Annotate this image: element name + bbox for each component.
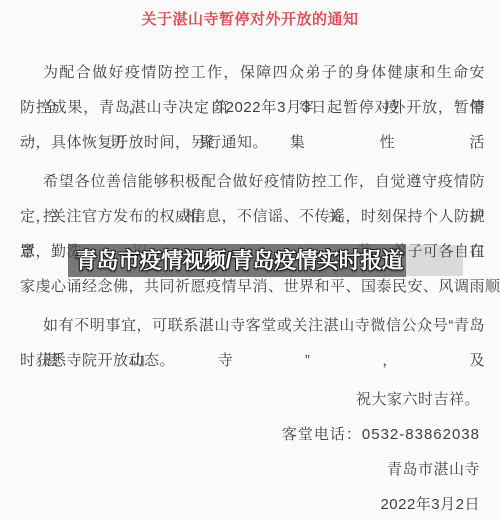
text-fragment-left: 罩，勤洗 [20, 243, 82, 260]
notice-page: 关于湛山寺暂停对外开放的通知 为配合做好疫情防控工作，保障四众弟子的身体健康和生… [0, 0, 500, 519]
text-fragment-right: 弟子可各自在 [392, 234, 485, 269]
phone-line: 客堂电话：0532-83862038 [20, 417, 480, 452]
text-line: 定，关注官方发布的权威信息，不信谣、不传谣，时刻保持个人防护意识，戴口 [20, 199, 485, 234]
signature-block: 祝大家六时吉祥。 客堂电话：0532-83862038 青岛市湛山寺 2022年… [20, 382, 485, 519]
video-caption-text: 青岛市疫情视频/青岛疫情实时报道 [75, 244, 403, 277]
paragraph-1: 为配合做好疫情防控工作，保障四众弟子的身体健康和生命安全，筑牢疫情 防控成果，青… [20, 55, 485, 160]
paragraph-3: 如有不明事宜，可联系湛山寺客堂或关注湛山寺微信公众号“青岛湛山寺”，及 时获悉寺… [20, 308, 485, 378]
temple-name-line: 青岛市湛山寺 [20, 452, 480, 487]
paragraph-2: 希望各位善信能够积极配合做好疫情防控工作，自觉遵守疫情防控相关规 定，关注官方发… [20, 164, 485, 304]
text-line: 如有不明事宜，可联系湛山寺客堂或关注湛山寺微信公众号“青岛湛山寺”，及 [20, 308, 485, 343]
caption-band: 青岛市疫情视频/青岛疫情实时报道 [68, 244, 406, 277]
notice-body: 为配合做好疫情防控工作，保障四众弟子的身体健康和生命安全，筑牢疫情 防控成果，青… [0, 55, 500, 519]
date-line: 2022年3月2日 [20, 487, 480, 519]
text-line: 希望各位善信能够积极配合做好疫情防控工作，自觉遵守疫情防控相关规 [20, 164, 485, 199]
text-line: 防控成果，青岛湛山寺决定自2022年3月3日起暂停对外开放，暂停一切聚集性活 [20, 90, 485, 125]
notice-title: 关于湛山寺暂停对外开放的通知 [0, 0, 500, 28]
blessing-line: 祝大家六时吉祥。 [20, 382, 480, 417]
text-line: 为配合做好疫情防控工作，保障四众弟子的身体健康和生命安全，筑牢疫情 [20, 55, 485, 90]
